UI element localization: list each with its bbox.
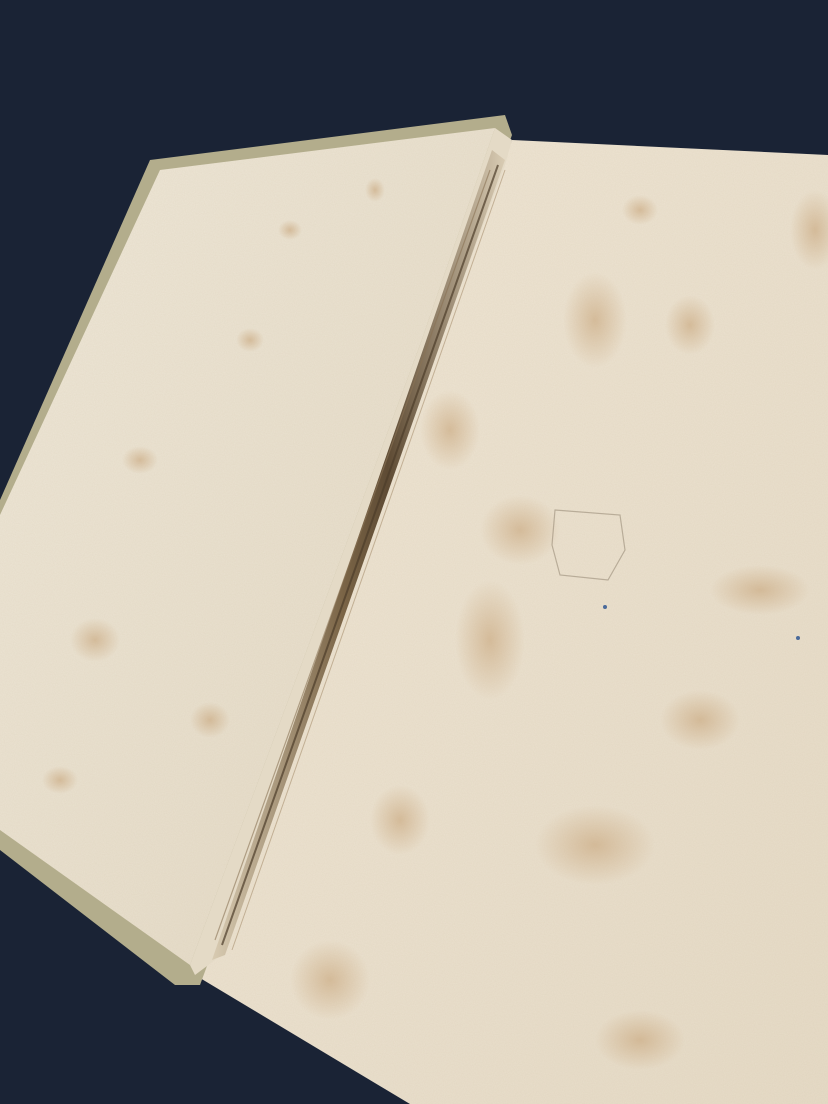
book-illustration — [0, 0, 828, 1104]
blue-fleck — [796, 636, 800, 640]
blue-fleck — [603, 605, 607, 609]
book-photo — [0, 0, 828, 1104]
